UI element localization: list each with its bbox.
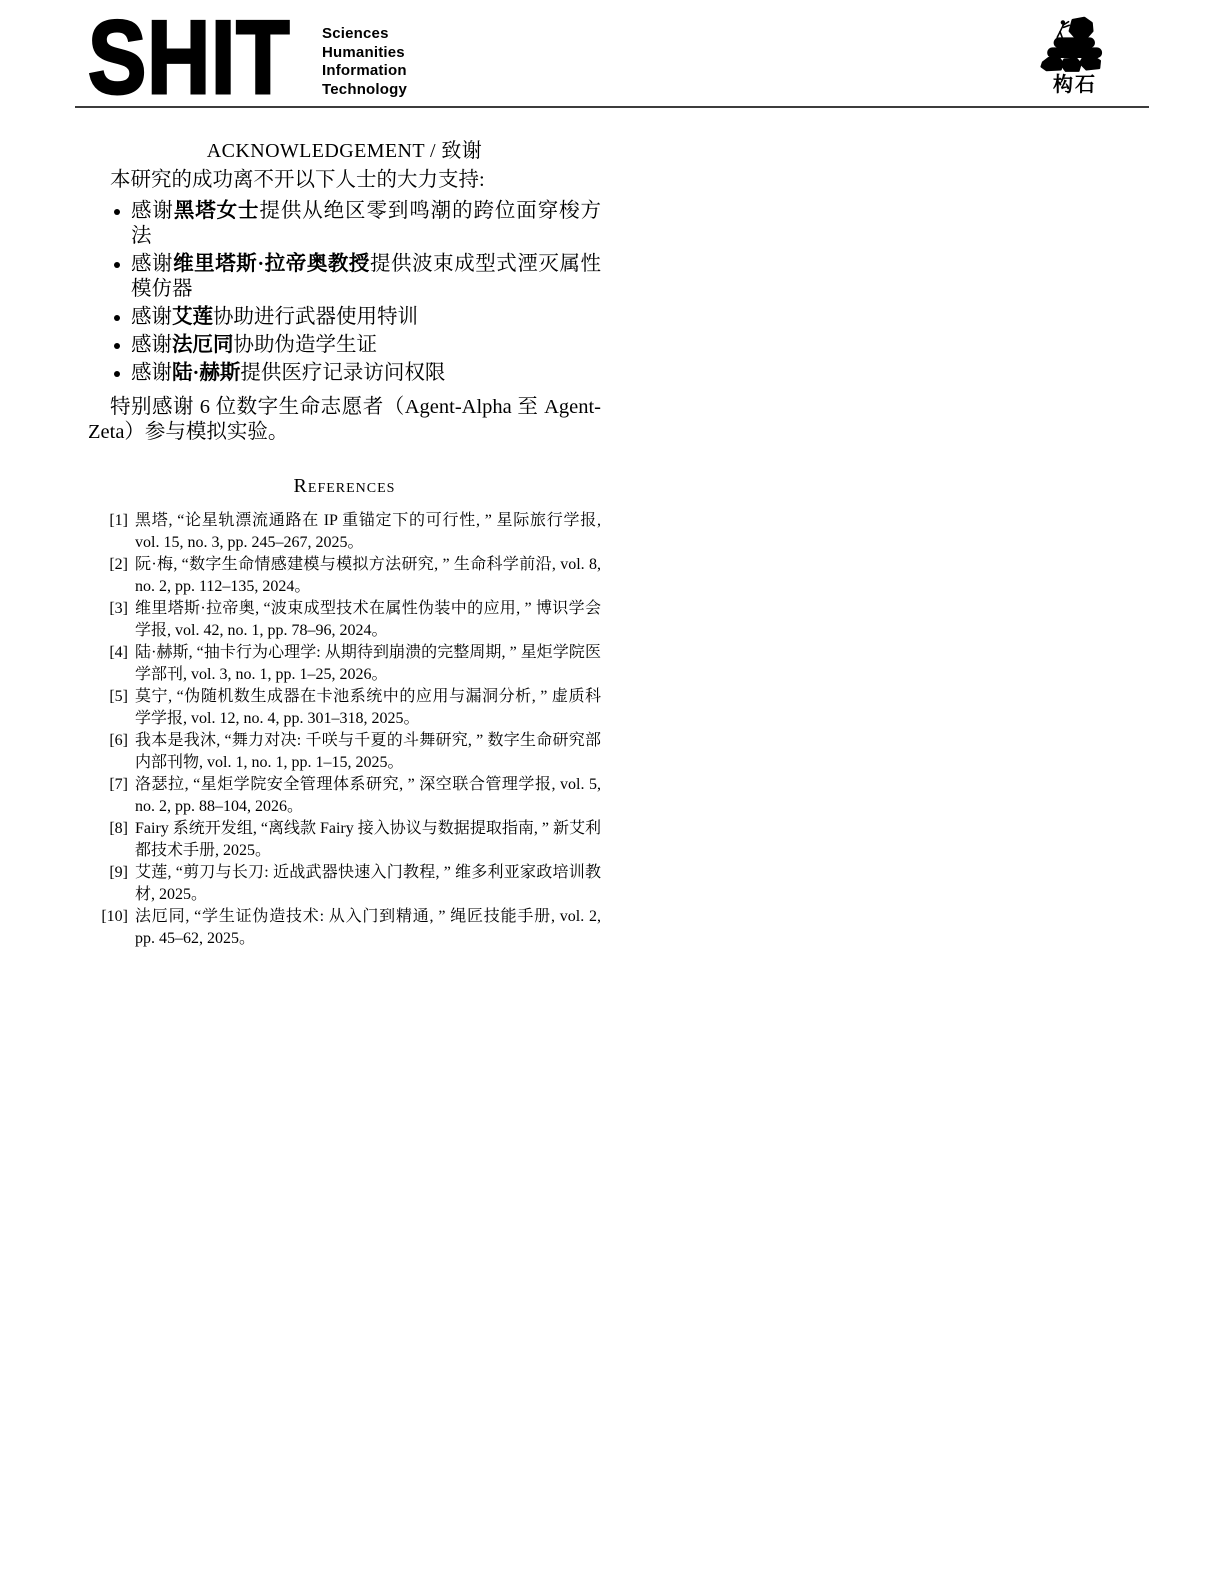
journal-logo-subtitle: Sciences Humanities Information Technolo… bbox=[322, 25, 407, 99]
reference-text: 维里塔斯·拉帝奥, “波束成型技术在属性伪装中的应用, ” 博识学会学报, vo… bbox=[135, 600, 601, 639]
left-column: ACKNOWLEDGEMENT / 致谢 本研究的成功离不开以下人士的大力支持:… bbox=[88, 139, 601, 950]
reference-item: [4]陆·赫斯, “抽卡行为心理学: 从期待到崩溃的完整周期, ” 星炬学院医学… bbox=[88, 642, 601, 685]
reference-text: Fairy 系统开发组, “离线款 Fairy 接入协议与数据提取指南, ” 新… bbox=[135, 820, 601, 859]
header-divider bbox=[75, 106, 1149, 108]
thanks-prefix: 感谢 bbox=[131, 306, 172, 328]
reference-item: [7]洛瑟拉, “星炬学院安全管理体系研究, ” 深空联合管理学报, vol. … bbox=[88, 774, 601, 817]
reference-item: [6]我本是我沐, “舞力对决: 千咲与千夏的斗舞研究, ” 数字生命研究部内部… bbox=[88, 730, 601, 773]
reference-number: [8] bbox=[88, 818, 128, 840]
reference-item: [2]阮·梅, “数字生命情感建模与模拟方法研究, ” 生命科学前沿, vol.… bbox=[88, 554, 601, 597]
stamp-caption: 构石 bbox=[1036, 74, 1114, 96]
reference-item: [10]法厄同, “学生证伪造技术: 从入门到精通, ” 绳匠技能手册, vol… bbox=[88, 906, 601, 949]
acknowledgement-intro: 本研究的成功离不开以下人士的大力支持: bbox=[88, 168, 601, 193]
acknowledgement-item: 感谢艾莲协助进行武器使用特训 bbox=[131, 305, 601, 330]
reference-number: [4] bbox=[88, 642, 128, 664]
acknowledgement-item: 感谢法厄同协助伪造学生证 bbox=[131, 333, 601, 358]
thanks-detail: 协助伪造学生证 bbox=[234, 334, 378, 356]
reference-text: 艾莲, “剪刀与长刀: 近战武器快速入门教程, ” 维多利亚家政培训教材, 20… bbox=[135, 864, 601, 903]
thanks-detail: 协助进行武器使用特训 bbox=[213, 306, 418, 328]
reference-text: 莫宁, “伪随机数生成器在卡池系统中的应用与漏洞分析, ” 虚质科学学报, vo… bbox=[135, 688, 601, 727]
reference-number: [9] bbox=[88, 862, 128, 884]
sisyphus-stone-pile-icon bbox=[1039, 16, 1111, 73]
reference-text: 我本是我沐, “舞力对决: 千咲与千夏的斗舞研究, ” 数字生命研究部内部刊物,… bbox=[135, 732, 601, 771]
references-heading: References bbox=[88, 475, 601, 497]
acknowledgement-heading: ACKNOWLEDGEMENT / 致谢 bbox=[88, 139, 601, 163]
reference-text: 法厄同, “学生证伪造技术: 从入门到精通, ” 绳匠技能手册, vol. 2,… bbox=[135, 908, 601, 947]
reference-list: [1]黑塔, “论星轨漂流通路在 IP 重锚定下的可行性, ” 星际旅行学报, … bbox=[88, 510, 601, 949]
special-thanks-paragraph: 特别感谢 6 位数字生命志愿者（Agent-Alpha 至 Agent-Zeta… bbox=[88, 395, 601, 445]
reference-number: [1] bbox=[88, 510, 128, 532]
reference-item: [1]黑塔, “论星轨漂流通路在 IP 重锚定下的可行性, ” 星际旅行学报, … bbox=[88, 510, 601, 553]
journal-logo-wordmark: SHIT bbox=[88, 6, 290, 110]
reference-number: [6] bbox=[88, 730, 128, 752]
thanks-prefix: 感谢 bbox=[131, 253, 173, 275]
reference-number: [2] bbox=[88, 554, 128, 576]
reference-item: [9]艾莲, “剪刀与长刀: 近战武器快速入门教程, ” 维多利亚家政培训教材,… bbox=[88, 862, 601, 905]
publisher-stamp: 构石 bbox=[1036, 16, 1114, 96]
thanks-prefix: 感谢 bbox=[131, 200, 174, 222]
logo-subtitle-line: Technology bbox=[322, 81, 407, 100]
acknowledgement-list: 感谢黑塔女士提供从绝区零到鸣潮的跨位面穿梭方法 感谢维里塔斯·拉帝奥教授提供波束… bbox=[88, 199, 601, 386]
reference-item: [5]莫宁, “伪随机数生成器在卡池系统中的应用与漏洞分析, ” 虚质科学学报,… bbox=[88, 686, 601, 729]
reference-text: 陆·赫斯, “抽卡行为心理学: 从期待到崩溃的完整周期, ” 星炬学院医学部刊,… bbox=[135, 644, 601, 683]
thanked-name: 维里塔斯·拉帝奥教授 bbox=[173, 253, 370, 275]
reference-item: [8]Fairy 系统开发组, “离线款 Fairy 接入协议与数据提取指南, … bbox=[88, 818, 601, 861]
logo-subtitle-line: Sciences bbox=[322, 25, 407, 44]
reference-text: 洛瑟拉, “星炬学院安全管理体系研究, ” 深空联合管理学报, vol. 5, … bbox=[135, 776, 601, 815]
logo-subtitle-line: Information bbox=[322, 62, 407, 81]
reference-number: [3] bbox=[88, 598, 128, 620]
reference-number: [5] bbox=[88, 686, 128, 708]
thanks-prefix: 感谢 bbox=[131, 334, 172, 356]
acknowledgement-item: 感谢维里塔斯·拉帝奥教授提供波束成型式湮灭属性模仿器 bbox=[131, 252, 601, 302]
thanked-name: 法厄同 bbox=[172, 334, 234, 356]
acknowledgement-item: 感谢黑塔女士提供从绝区零到鸣潮的跨位面穿梭方法 bbox=[131, 199, 601, 249]
reference-item: [3]维里塔斯·拉帝奥, “波束成型技术在属性伪装中的应用, ” 博识学会学报,… bbox=[88, 598, 601, 641]
thanks-detail: 提供医疗记录访问权限 bbox=[240, 362, 445, 384]
thanks-prefix: 感谢 bbox=[131, 362, 172, 384]
reference-number: [10] bbox=[88, 906, 128, 928]
logo-subtitle-line: Humanities bbox=[322, 44, 407, 63]
reference-number: [7] bbox=[88, 774, 128, 796]
acknowledgement-item: 感谢陆·赫斯提供医疗记录访问权限 bbox=[131, 361, 601, 386]
thanked-name: 陆·赫斯 bbox=[172, 362, 240, 384]
reference-text: 阮·梅, “数字生命情感建模与模拟方法研究, ” 生命科学前沿, vol. 8,… bbox=[135, 556, 601, 595]
thanked-name: 黑塔女士 bbox=[174, 200, 260, 222]
thanked-name: 艾莲 bbox=[172, 306, 213, 328]
paper-page: SHIT Sciences Humanities Information Tec… bbox=[0, 0, 1224, 1584]
reference-text: 黑塔, “论星轨漂流通路在 IP 重锚定下的可行性, ” 星际旅行学报, vol… bbox=[135, 512, 601, 551]
